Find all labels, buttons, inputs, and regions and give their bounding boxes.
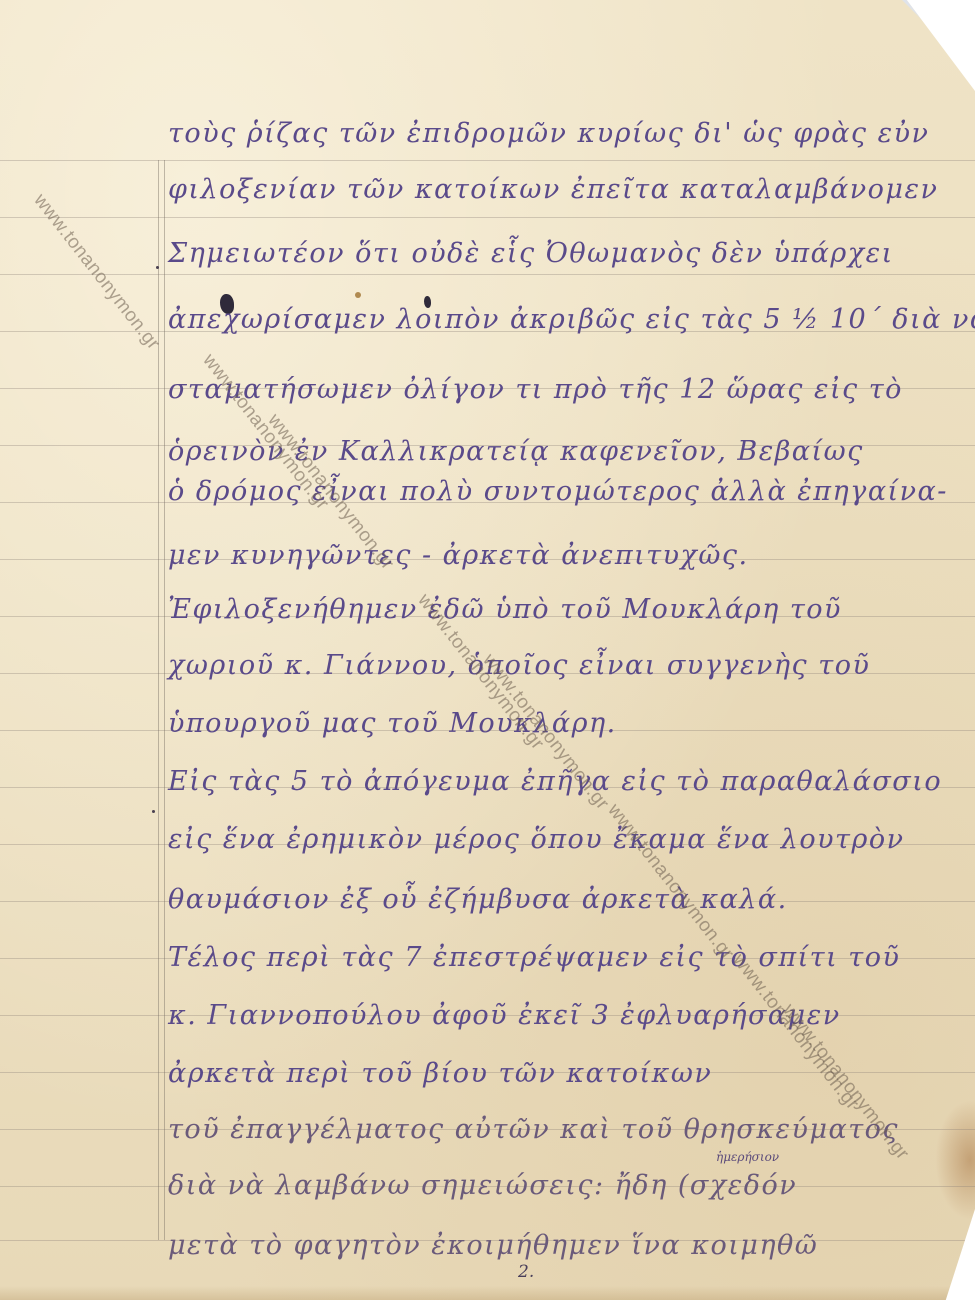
- text-line-11: ὑπουργοῦ μας τοῦ Μουκλάρη.: [168, 708, 617, 739]
- text-line-18: τοῦ ἐπαγγέλματος αὐτῶν καὶ τοῦ θρησκεύμα…: [168, 1114, 899, 1145]
- text-line-5: σταματήσωμεν ὀλίγον τι πρὸ τῆς 12 ὥρας ε…: [168, 374, 903, 405]
- text-line-16: κ. Γιαννοπούλου ἀφοῦ ἐκεῖ 3 ἐφλυαρήσαμεν: [168, 1000, 841, 1031]
- text-line-13: εἰς ἕνα ἐρημικὸν μέρος ὅπου ἔκαμα ἕνα λο…: [168, 824, 905, 855]
- watermark: www.tonanonymon.gr: [728, 950, 863, 1115]
- margin-dot: [156, 266, 159, 269]
- text-line-15: Τέλος περὶ τὰς 7 ἐπεστρέψαμεν εἰς τὸ σπί…: [168, 942, 900, 973]
- watermark: www.tonanonymon.gr: [29, 190, 164, 355]
- ink-blot: [355, 292, 361, 298]
- text-line-8: μεν κυνηγῶντες - ἀρκετὰ ἀνεπιτυχῶς.: [168, 540, 749, 571]
- rule-line: [0, 274, 975, 275]
- manuscript-page: τοὺς ῥίζας τῶν ἐπιδρομῶν κυρίως δι' ὡς φ…: [0, 0, 975, 1300]
- page-bottom-edge: [0, 1286, 975, 1300]
- text-line-3: Σημειωτέον ὅτι οὐδὲ εἷς Ὀθωμανὸς δὲν ὑπά…: [168, 238, 894, 269]
- text-line-9: Ἐφιλοξενήθημεν ἐδῶ ὑπὸ τοῦ Μουκλάρη τοῦ: [168, 594, 842, 625]
- water-stain: [935, 1100, 975, 1220]
- text-line-20: μετὰ τὸ φαγητὸν ἐκοιμήθημεν ἵνα κοιμηθῶ: [168, 1230, 818, 1261]
- text-line-12: Εἰς τὰς 5 τὸ ἀπόγευμα ἐπῆγα εἰς τὸ παραθ…: [168, 766, 942, 797]
- text-line-10: χωριοῦ κ. Γιάννου, ὁποῖος εἶναι συγγενὴς…: [168, 650, 870, 681]
- margin-dot: [152, 810, 155, 813]
- interlinear-correction: ἡμερήσιον: [716, 1150, 779, 1164]
- text-line-19: διὰ νὰ λαμβάνω σημειώσεις: ἤδη (σχεδόν: [168, 1170, 797, 1201]
- text-line-2: φιλοξενίαν τῶν κατοίκων ἐπεῖτα καταλαμβά…: [168, 174, 938, 205]
- text-line-7: ὁ δρόμος εἶναι πολὺ συντομώτερος ἀλλὰ ἐπ…: [168, 476, 948, 507]
- torn-corner: [895, 0, 975, 100]
- text-line-4: ἀπεχωρίσαμεν λοιπὸν ἀκριβῶς εἰς τὰς 5 ½ …: [168, 304, 975, 335]
- text-line-6: ὁρεινὸν ἐν Καλλικρατείᾳ καφενεῖον, Βεβαί…: [168, 436, 864, 467]
- rule-line: [0, 217, 975, 218]
- text-line-14: θαυμάσιον ἐξ οὗ ἐζήμβυσα ἀρκετὰ καλά.: [168, 884, 788, 915]
- page-number: 2.: [518, 1262, 534, 1282]
- margin-line-right: [164, 160, 165, 1240]
- rule-line: [0, 160, 975, 161]
- margin-line-left: [158, 160, 159, 1240]
- text-line-17: ἀρκετὰ περὶ τοῦ βίου τῶν κατοίκων: [168, 1058, 712, 1089]
- text-line-1: τοὺς ῥίζας τῶν ἐπιδρομῶν κυρίως δι' ὡς φ…: [168, 118, 929, 149]
